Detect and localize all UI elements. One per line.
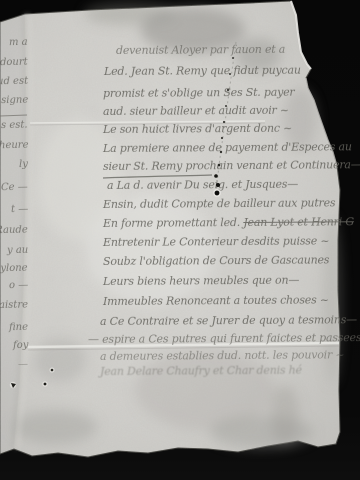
manuscript-photo: devenuist Aloyer par fauon et a Led. Jea… — [0, 0, 360, 480]
parchment-damage-overlay — [0, 0, 360, 480]
stitched-seam — [213, 42, 236, 197]
worm-holes — [10, 367, 55, 388]
ink-rules — [0, 115, 212, 178]
